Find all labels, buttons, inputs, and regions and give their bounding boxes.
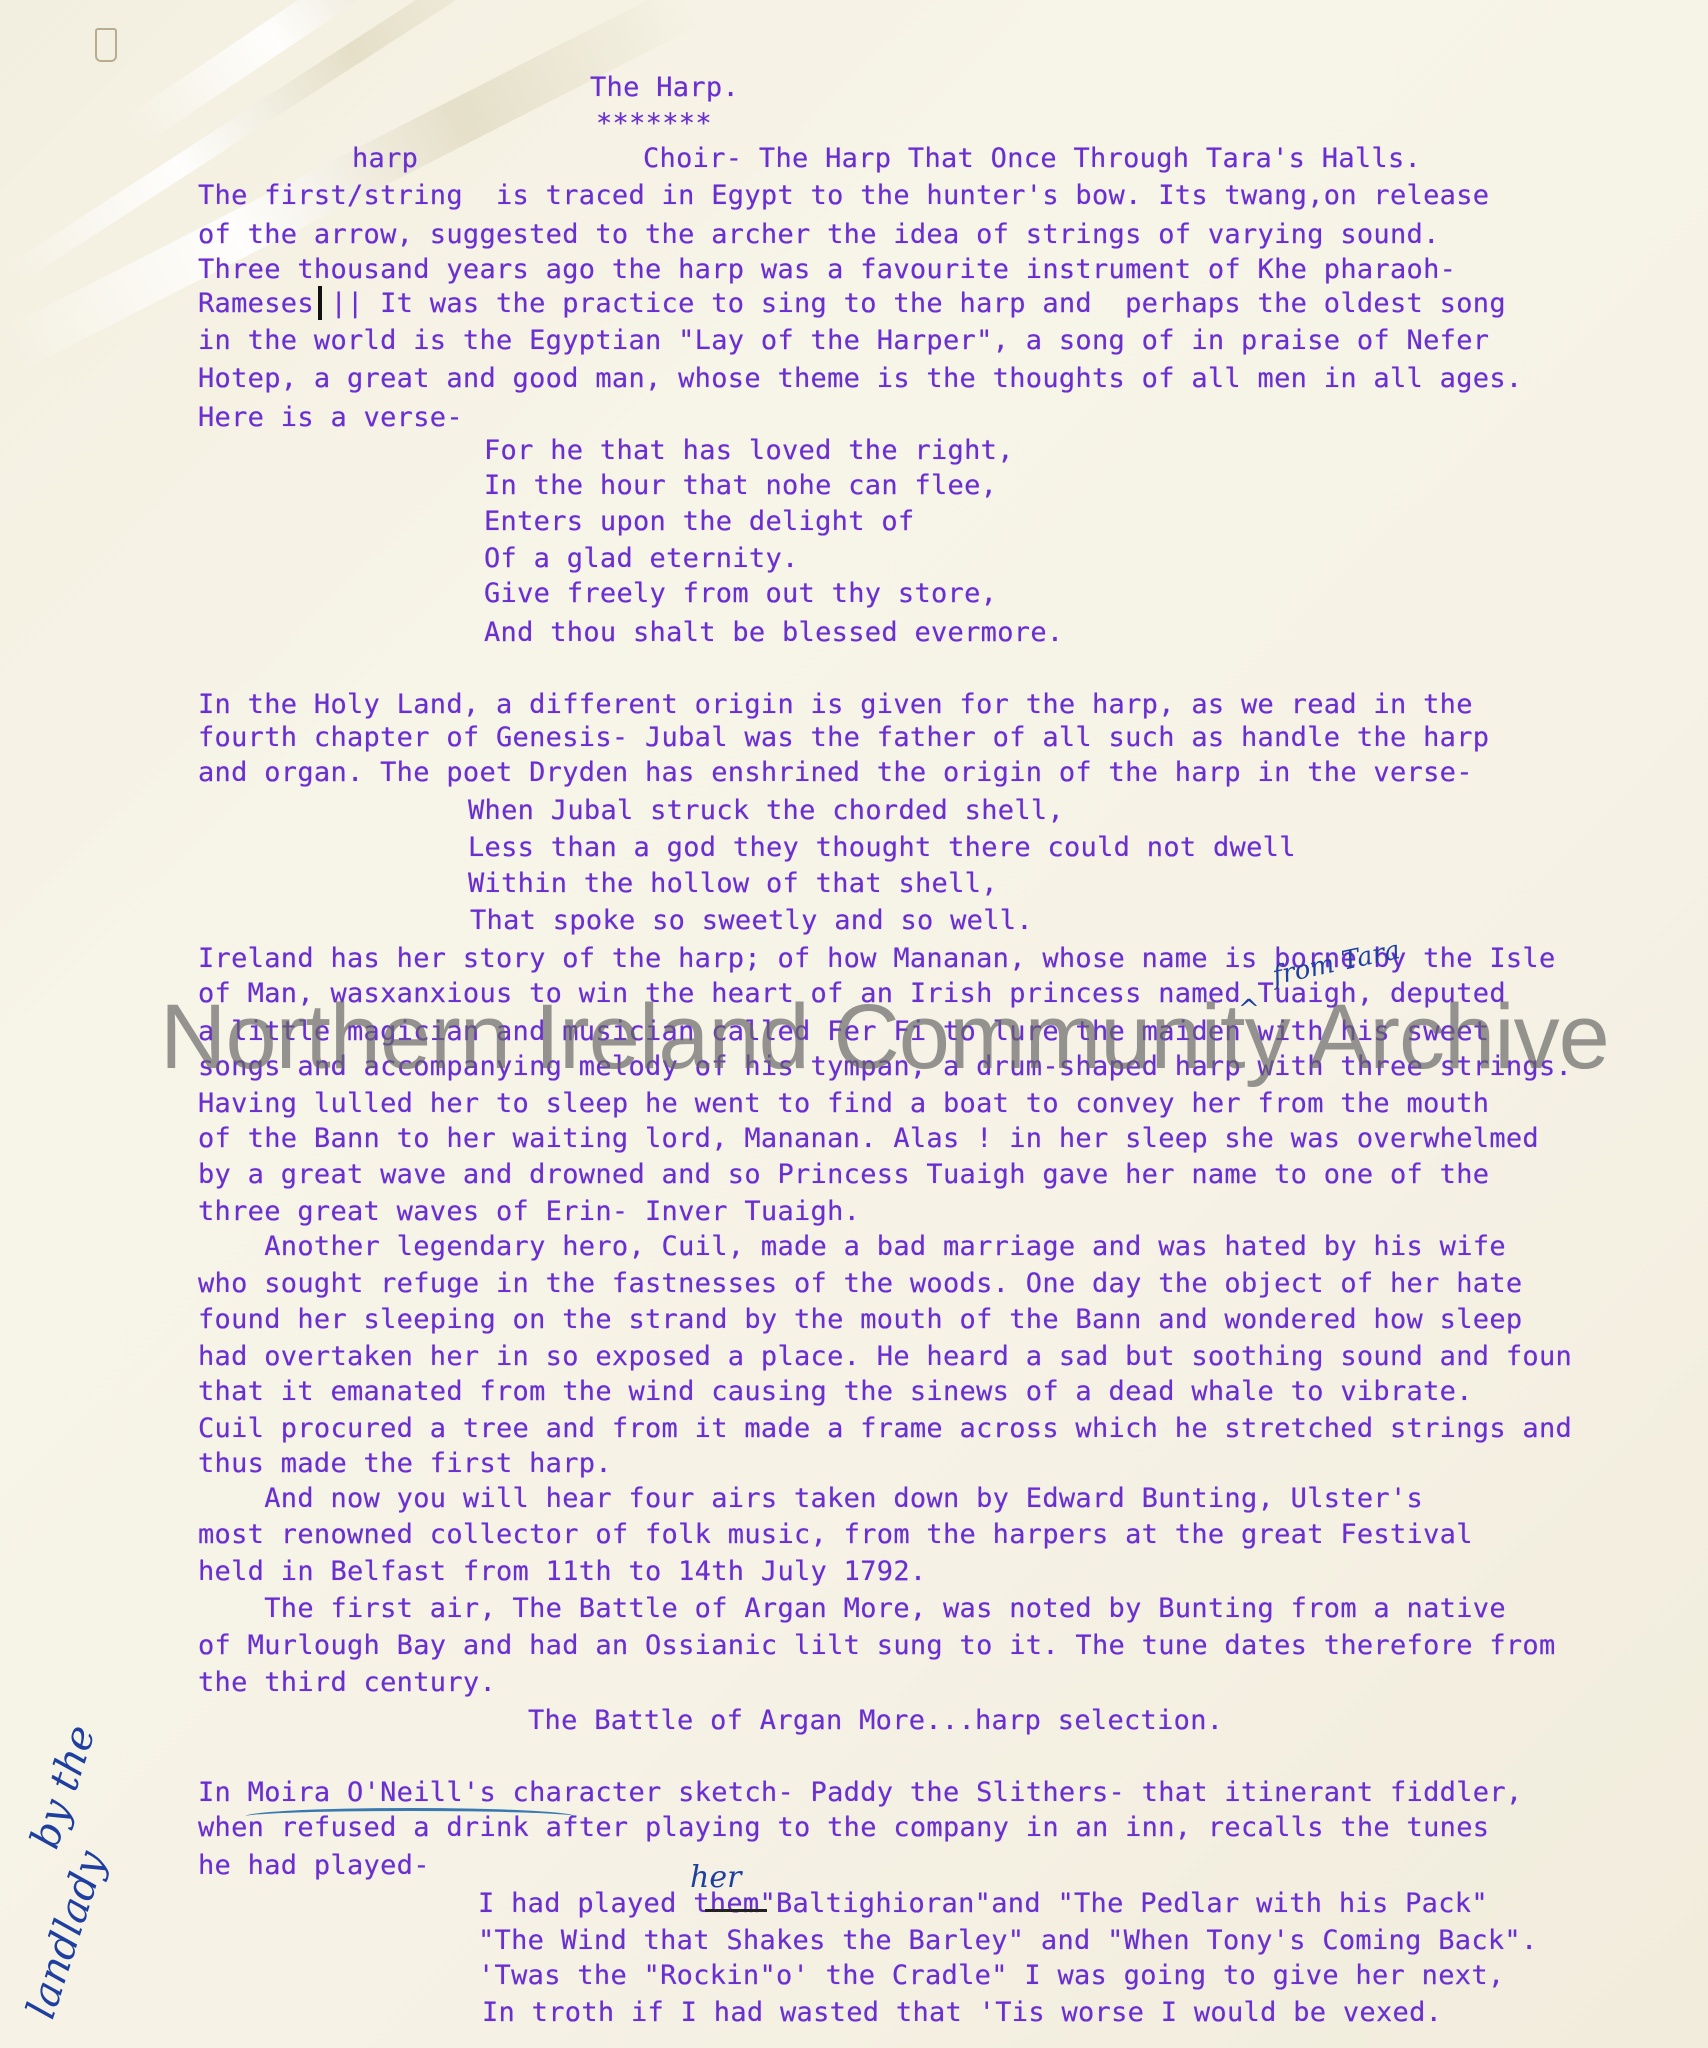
- title-ornament: *******: [596, 108, 712, 139]
- paragraph-line: Rameses || It was the practice to sing t…: [198, 288, 1506, 319]
- verse-line: For he that has loved the right,: [484, 435, 1014, 466]
- insertion-mark: [318, 286, 322, 320]
- paragraph-line: In the Holy Land, a different origin is …: [198, 689, 1473, 720]
- paragraph-line: he had played-: [198, 1850, 430, 1881]
- paragraph-line: The first/string is traced in Egypt to t…: [198, 180, 1489, 211]
- paragraph-line: and organ. The poet Dryden has enshrined…: [198, 757, 1473, 788]
- paragraph-line: Having lulled her to sleep he went to fi…: [198, 1088, 1489, 1119]
- paragraph-line: Here is a verse-: [198, 402, 463, 433]
- paragraph-line: The first air, The Battle of Argan More,…: [198, 1593, 1506, 1624]
- watermark: Northern Ireland Community Archive: [160, 985, 1609, 1090]
- verse-line: Less than a god they thought there could…: [468, 832, 1296, 863]
- paragraph-line: Another legendary hero, Cuil, made a bad…: [198, 1231, 1506, 1262]
- document-title: The Harp.: [590, 72, 739, 103]
- strike-through: [705, 1909, 767, 1912]
- paragraph-line: three great waves of Erin- Inver Tuaigh.: [198, 1196, 860, 1227]
- handwritten-underline: [245, 1808, 575, 1825]
- paragraph-line: fourth chapter of Genesis- Jubal was the…: [198, 722, 1489, 753]
- music-cue: The Battle of Argan More...harp selectio…: [528, 1705, 1223, 1736]
- paragraph-line: had overtaken her in so exposed a place.…: [198, 1341, 1572, 1372]
- verse-line: And thou shalt be blessed evermore.: [484, 617, 1063, 648]
- paragraph-line: of Murlough Bay and had an Ossianic lilt…: [198, 1630, 1556, 1661]
- verse-line: In troth if I had wasted that 'Tis worse…: [482, 1997, 1442, 2028]
- paragraph-line: most renowned collector of folk music, f…: [198, 1519, 1473, 1550]
- paragraph-line: of the Bann to her waiting lord, Mananan…: [198, 1123, 1539, 1154]
- paragraph-line: in the world is the Egyptian "Lay of the…: [198, 325, 1489, 356]
- verse-line: 'Twas the "Rockin"o' the Cradle" I was g…: [478, 1960, 1504, 1991]
- verse-line: In the hour that nohe can flee,: [484, 470, 997, 501]
- paragraph-line: the third century.: [198, 1667, 496, 1698]
- paragraph-line: that it emanated from the wind causing t…: [198, 1376, 1473, 1407]
- verse-line: Give freely from out thy store,: [484, 578, 997, 609]
- verse-line: Of a glad eternity.: [484, 543, 799, 574]
- paragraph-line: of the arrow, suggested to the archer th…: [198, 219, 1440, 250]
- verse-line: Within the hollow of that shell,: [468, 868, 998, 899]
- verse-line: Enters upon the delight of: [484, 506, 914, 537]
- margin-note: by the: [22, 1720, 105, 1854]
- inserted-word: harp: [352, 143, 418, 174]
- verse-line: When Jubal struck the chorded shell,: [468, 795, 1064, 826]
- verse-line: That spoke so sweetly and so well.: [470, 905, 1033, 936]
- paragraph-line: Three thousand years ago the harp was a …: [198, 254, 1456, 285]
- paragraph-line: Cuil procured a tree and from it made a …: [198, 1413, 1572, 1444]
- paragraph-line: held in Belfast from 11th to 14th July 1…: [198, 1556, 926, 1587]
- paragraph-line: by a great wave and drowned and so Princ…: [198, 1159, 1489, 1190]
- paragraph-line: found her sleeping on the strand by the …: [198, 1304, 1522, 1335]
- paragraph-line: who sought refuge in the fastnesses of t…: [198, 1268, 1522, 1299]
- verse-line: "The Wind that Shakes the Barley" and "W…: [478, 1925, 1538, 1956]
- margin-note: landlady: [18, 1846, 115, 2025]
- handwritten-correction: her: [690, 1860, 741, 1895]
- paragraph-line: thus made the first harp.: [198, 1448, 612, 1479]
- paragraph-line: And now you will hear four airs taken do…: [198, 1483, 1423, 1514]
- staple-mark-icon: [95, 28, 117, 62]
- verse-line: I had played them"Baltighioran"and "The …: [478, 1888, 1488, 1919]
- paragraph-line: Hotep, a great and good man, whose theme…: [198, 363, 1522, 394]
- paragraph-line: In Moira O'Neill's character sketch- Pad…: [198, 1777, 1522, 1808]
- choir-line: Choir- The Harp That Once Through Tara's…: [643, 143, 1421, 174]
